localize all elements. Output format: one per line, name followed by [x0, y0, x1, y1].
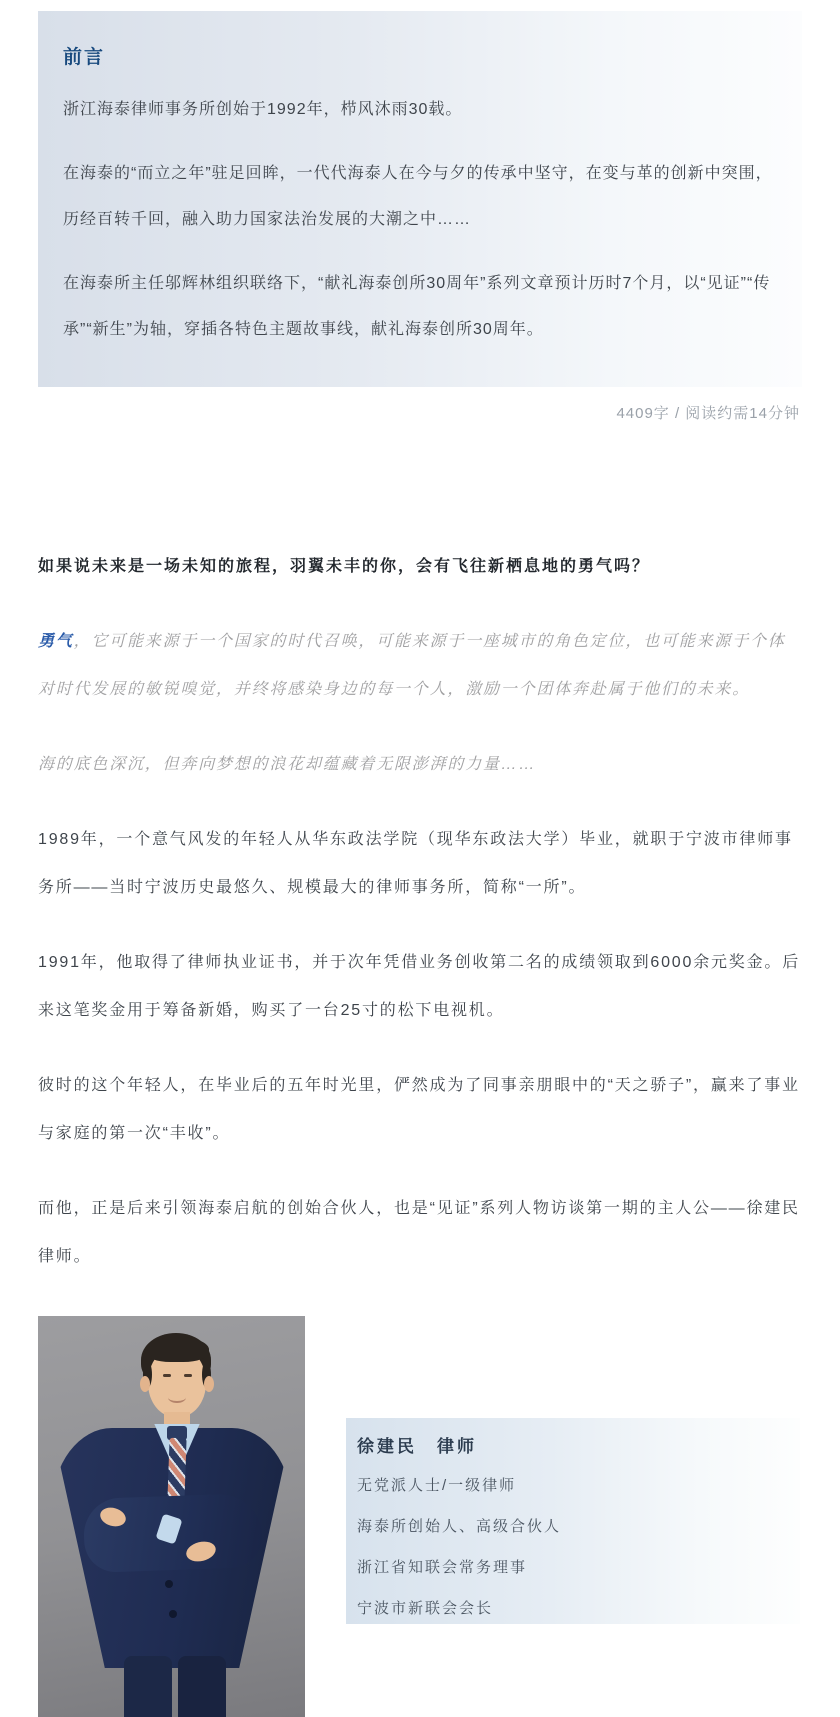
profile-section: 徐建民 律师 无党派人士/一级律师 海泰所创始人、高级合伙人 浙江省知联会常务理… — [38, 1316, 840, 1717]
portrait-eye — [163, 1374, 171, 1377]
portrait-ear — [140, 1376, 150, 1392]
preface-title: 前言 — [63, 45, 777, 71]
portrait-suit-button — [169, 1610, 177, 1618]
profile-credential: 海泰所创始人、高级合伙人 — [357, 1513, 780, 1540]
word-count-meta: 4409字 / 阅读约需14分钟 — [0, 403, 800, 425]
preface-paragraph: 在海泰的“而立之年”驻足回眸，一代代海泰人在今与夕的传承中坚守，在变与革的创新中… — [63, 151, 777, 243]
profile-name: 徐建民 律师 — [357, 1436, 780, 1458]
sea-quote: 海的底色深沉，但奔向梦想的浪花却蕴藏着无限澎湃的力量…… — [38, 741, 802, 789]
article-page: 前言 浙江海泰律师事务所创始于1992年，栉风沐雨30载。 在海泰的“而立之年”… — [0, 0, 840, 1717]
profile-credential: 浙江省知联会常务理事 — [357, 1554, 780, 1581]
body-paragraph: 1991年，他取得了律师执业证书，并于次年凭借业务创收第二名的成绩领取到6000… — [38, 939, 802, 1035]
preface-box: 前言 浙江海泰律师事务所创始于1992年，栉风沐雨30载。 在海泰的“而立之年”… — [38, 11, 802, 387]
portrait-trouser-leg — [124, 1656, 172, 1717]
portrait-smile — [168, 1392, 186, 1403]
courage-quote: 勇气，它可能来源于一个国家的时代召唤，可能来源于一座城市的角色定位，也可能来源于… — [38, 618, 802, 714]
profile-photo — [38, 1316, 305, 1717]
portrait-ear — [204, 1376, 214, 1392]
portrait-hairline — [145, 1337, 209, 1362]
courage-term: 勇气 — [38, 633, 74, 650]
profile-credential: 无党派人士/一级律师 — [357, 1472, 780, 1499]
article-body: 如果说未来是一场未知的旅程，羽翼未丰的你，会有飞往新栖息地的勇气吗？ 勇气，它可… — [38, 543, 802, 1281]
body-paragraph: 彼时的这个年轻人，在毕业后的五年时光里，俨然成为了同事亲朋眼中的“天之骄子”，赢… — [38, 1062, 802, 1158]
portrait-suit-button — [165, 1580, 173, 1588]
portrait-trouser-leg — [178, 1656, 226, 1717]
profile-credential: 宁波市新联会会长 — [357, 1595, 780, 1622]
profile-card: 徐建民 律师 无党派人士/一级律师 海泰所创始人、高级合伙人 浙江省知联会常务理… — [346, 1418, 800, 1624]
preface-paragraph: 在海泰所主任邬辉林组织联络下，“献礼海泰创所30周年”系列文章预计历时7个月，以… — [63, 261, 777, 353]
lead-question: 如果说未来是一场未知的旅程，羽翼未丰的你，会有飞往新栖息地的勇气吗？ — [38, 543, 802, 591]
preface-paragraph: 浙江海泰律师事务所创始于1992年，栉风沐雨30载。 — [63, 87, 777, 133]
portrait-eye — [184, 1374, 192, 1377]
courage-quote-text: ，它可能来源于一个国家的时代召唤，可能来源于一座城市的角色定位，也可能来源于个体… — [38, 633, 786, 698]
body-paragraph: 而他，正是后来引领海泰启航的创始合伙人，也是“见证”系列人物访谈第一期的主人公—… — [38, 1185, 802, 1281]
body-paragraph: 1989年，一个意气风发的年轻人从华东政法学院（现华东政法大学）毕业，就职于宁波… — [38, 816, 802, 912]
